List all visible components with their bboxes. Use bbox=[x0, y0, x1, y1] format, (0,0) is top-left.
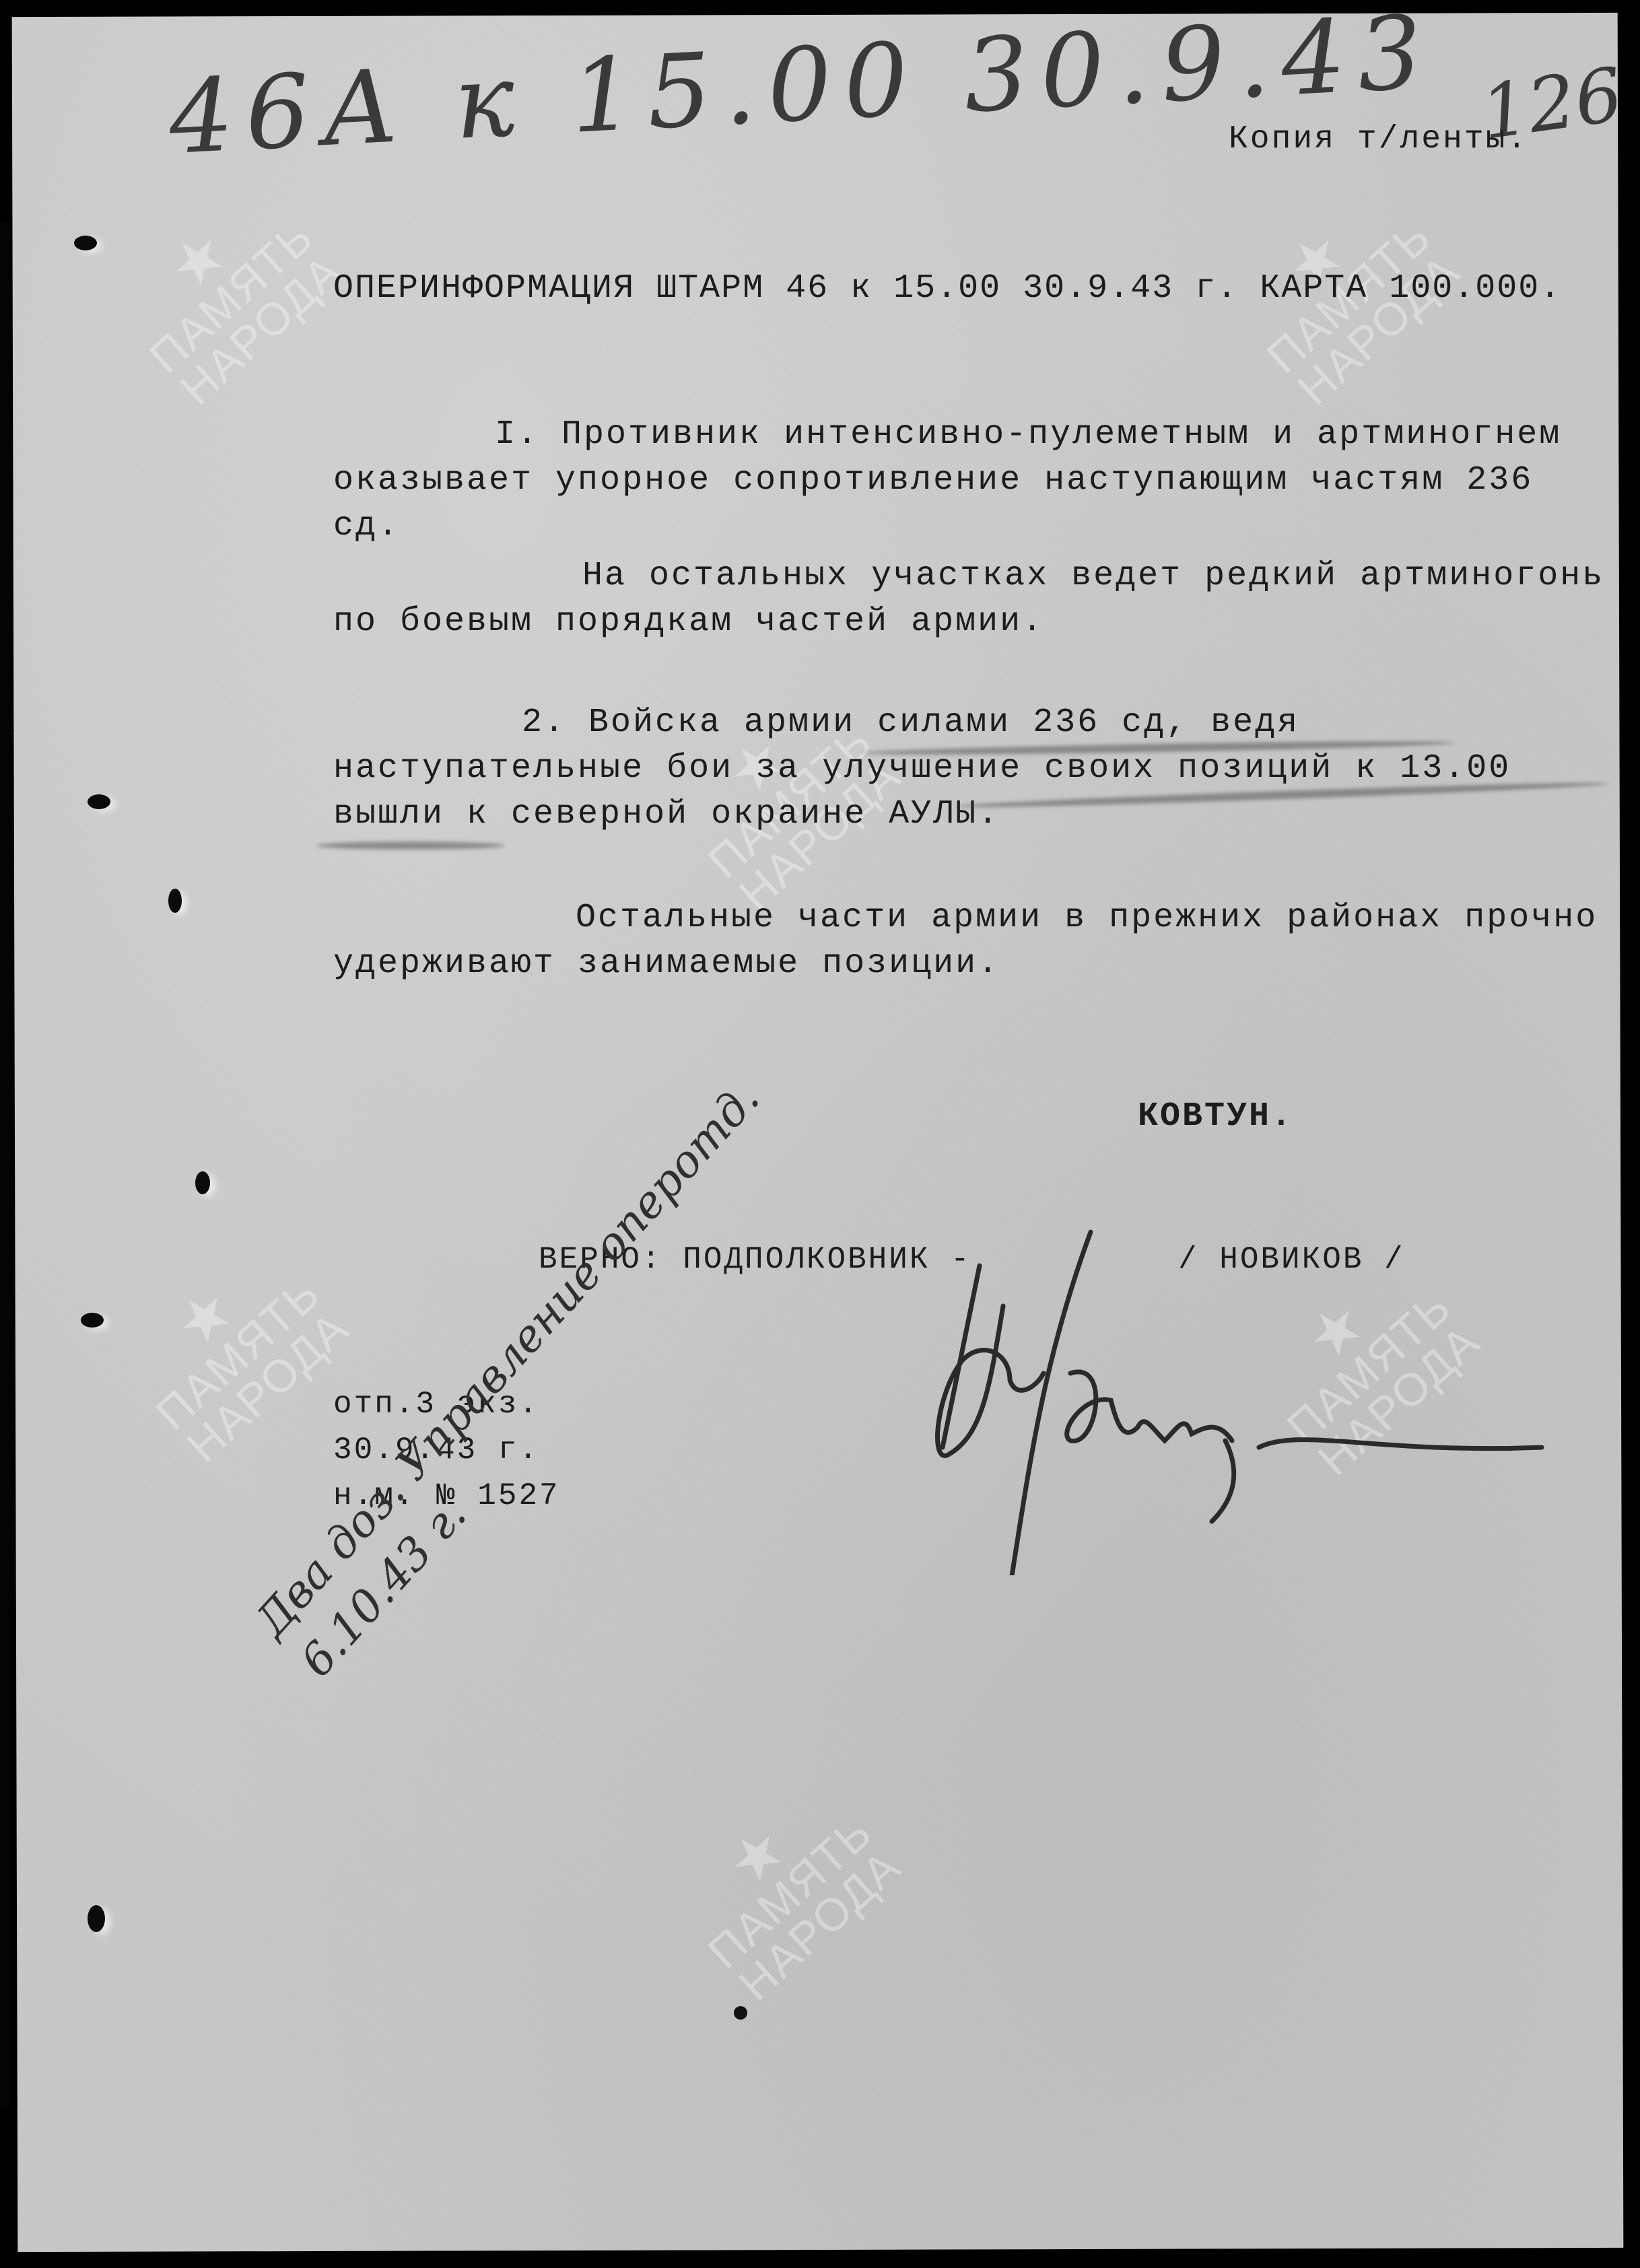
punch-hole bbox=[81, 1313, 104, 1328]
document-page bbox=[12, 13, 1624, 2252]
ink-spot bbox=[734, 2006, 747, 2020]
punch-hole bbox=[195, 1171, 210, 1194]
punch-hole bbox=[74, 236, 97, 250]
signer-name: КОВТУН. bbox=[1138, 1097, 1293, 1136]
paragraph-4: Остальные части армии в прежних районах … bbox=[333, 895, 1612, 987]
pencil-underline bbox=[316, 841, 505, 850]
punch-hole bbox=[88, 794, 110, 809]
signature bbox=[909, 1225, 1548, 1575]
paragraph-1: I. Противник интенсивно-пулеметным и арт… bbox=[333, 412, 1612, 549]
document-title: ОПЕРИНФОРМАЦИЯ ШТАРМ 46 к 15.00 30.9.43 … bbox=[333, 269, 1561, 308]
paragraph-3: 2. Войска армии силами 236 сд, ведя наст… bbox=[333, 700, 1612, 837]
punch-hole bbox=[88, 1905, 105, 1932]
punch-hole bbox=[168, 889, 182, 913]
copy-label: Копия т/ленты. bbox=[1229, 121, 1528, 158]
scan-border-left bbox=[0, 222, 9, 2107]
paragraph-2: На остальных участках ведет редкий артми… bbox=[333, 553, 1612, 645]
